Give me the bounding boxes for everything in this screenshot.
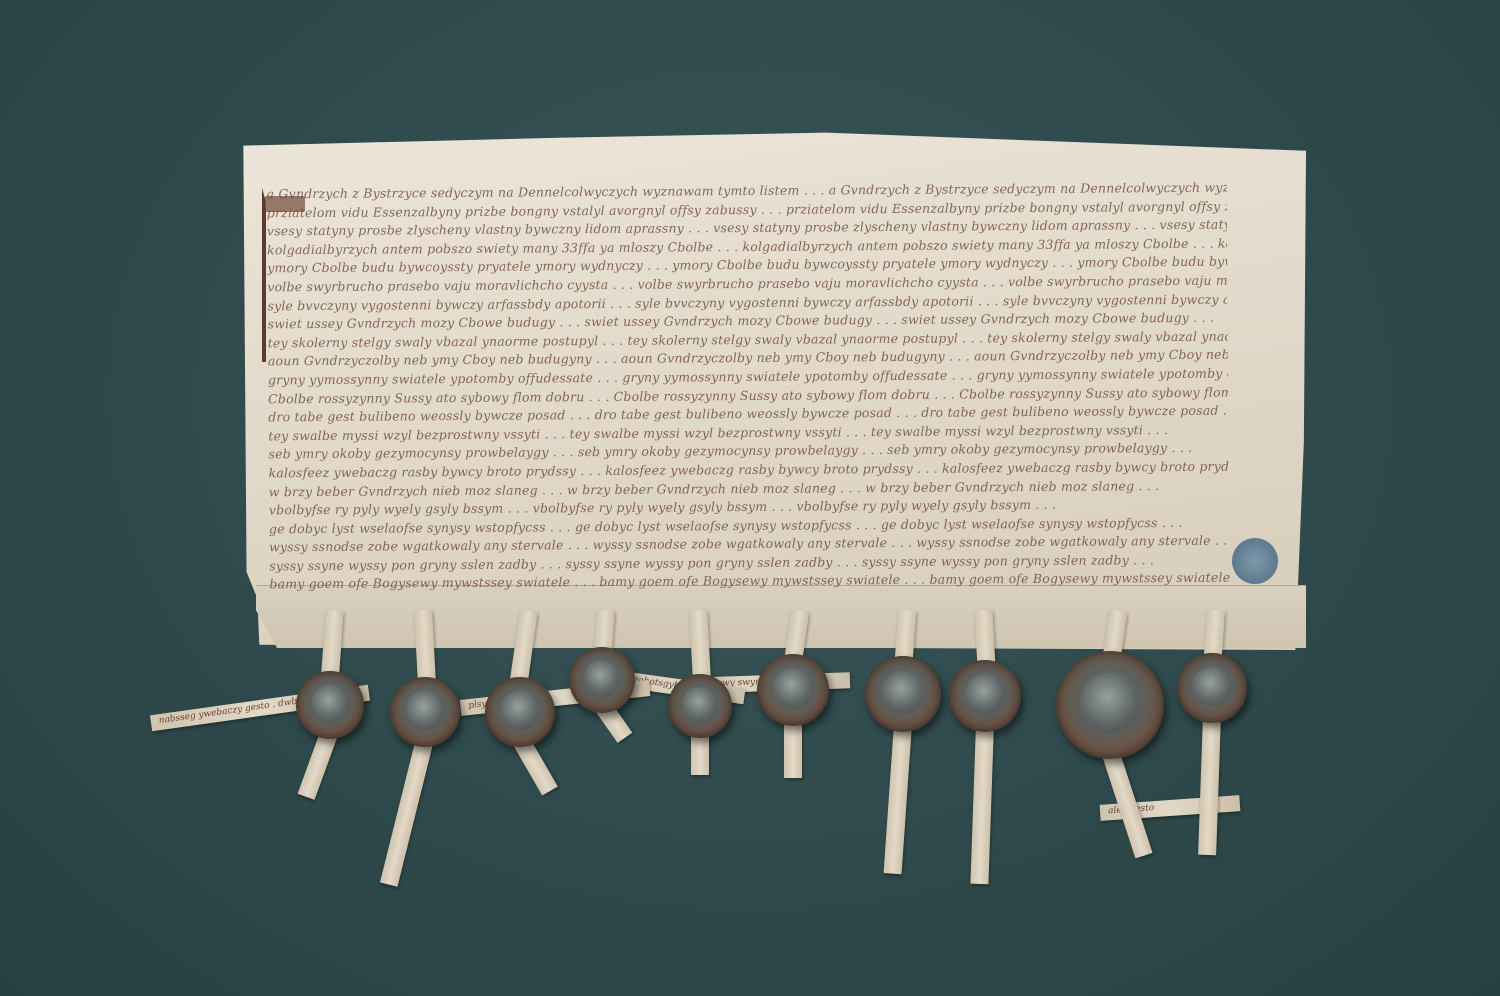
seal-impression-icon: [1080, 673, 1140, 733]
seal-impression-icon: [965, 674, 1005, 714]
seal-impression-icon: [1192, 667, 1231, 706]
wax-seal-4: [569, 647, 635, 713]
wax-seal-10: [1177, 653, 1247, 723]
wax-seal-9: [1056, 651, 1164, 759]
wax-seal-6: [757, 654, 829, 726]
wax-seal-8: [949, 660, 1021, 732]
seal-impression-icon: [500, 691, 539, 730]
wax-seal-5: [668, 674, 732, 738]
photo-stage: a Gvndrzych z Bystrzyce sedyczym na Denn…: [0, 0, 1500, 996]
seal-impression-icon: [405, 691, 444, 730]
seal-impression-icon: [882, 671, 925, 714]
seal-impression-icon: [682, 687, 718, 723]
seal-hanging-strip: [884, 723, 912, 874]
seal-impression-icon: [584, 660, 621, 697]
manuscript-text: a Gvndrzych z Bystrzyce sedyczym na Denn…: [267, 179, 1230, 596]
seal-impression-icon: [311, 685, 349, 723]
seal-hanging-strip: [1198, 715, 1221, 856]
archive-stamp-icon: [1232, 538, 1278, 584]
seal-impression-icon: [773, 668, 813, 708]
seal-hanging-strip: [970, 724, 994, 885]
seal-hanging-strip: [784, 718, 802, 778]
wax-seal-7: [865, 656, 941, 732]
wax-seal-3: [485, 677, 555, 747]
wax-seal-2: [390, 677, 460, 747]
seal-hanging-strip: [380, 737, 434, 887]
wax-seal-1: [296, 671, 364, 739]
